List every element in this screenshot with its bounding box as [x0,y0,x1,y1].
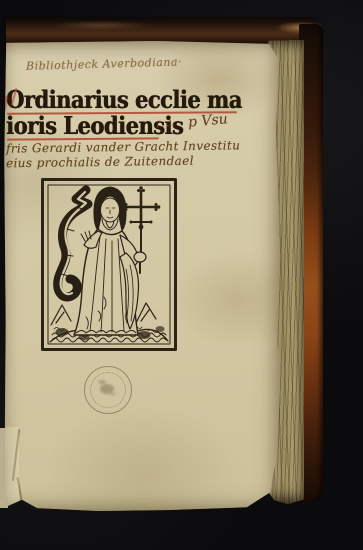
manuscript-note-inline: p Vsu [187,111,228,130]
saint-woodcut-icon [40,177,178,352]
printed-title-line-1: Ordinarius ecclie ma [6,85,242,114]
library-stamp-icon [84,366,132,414]
book-photo-scene: Bibliothjeck Averbodiana· Ordinarius ecc… [0,0,363,550]
manuscript-note-line-3: eius prochialis de Zuitendael [6,154,194,171]
page-corner-crease [5,427,19,513]
rubric-dot-marks: ∴∴ [156,116,178,132]
ownership-inscription: Bibliothjeck Averbodiana· [26,54,226,73]
manuscript-note-line-2: fris Gerardi vander Gracht Investitu [6,138,241,155]
title-page: Bibliothjeck Averbodiana· Ordinarius ecc… [4,41,280,511]
